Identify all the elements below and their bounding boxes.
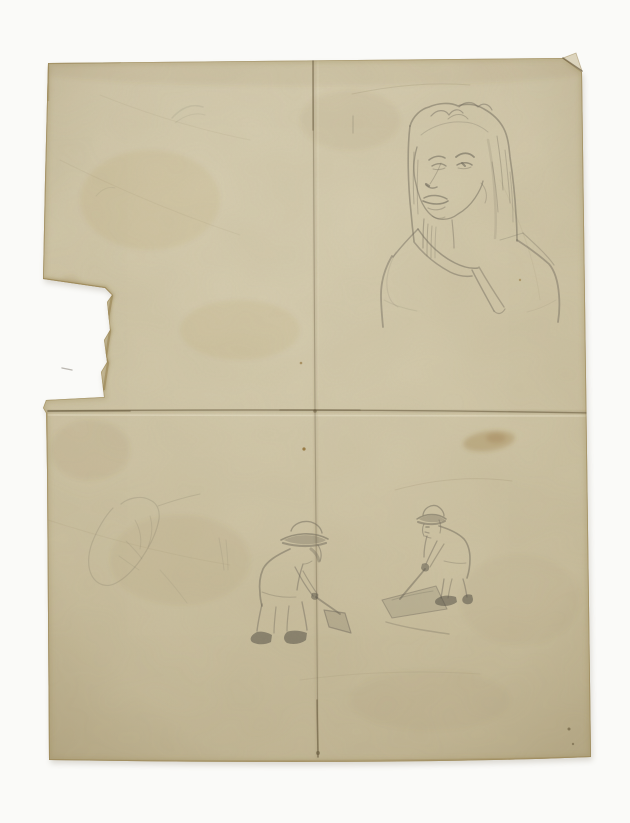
paper-surface [0,0,630,823]
sketch-photograph [0,0,630,823]
grain-texture [0,0,630,823]
photo-stage [0,0,630,823]
